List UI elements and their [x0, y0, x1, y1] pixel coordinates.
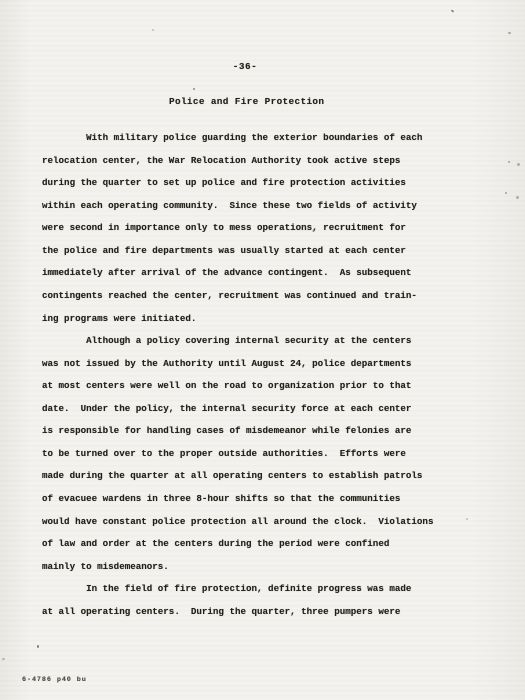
scan-speck — [516, 196, 519, 199]
page-number: -36- — [0, 61, 490, 72]
scan-speck — [451, 9, 455, 12]
text-line: at most centers were well on the road to… — [42, 375, 502, 398]
text-line: the police and fire departments was usua… — [42, 240, 502, 263]
text-line: were second in importance only to mess o… — [42, 217, 502, 240]
text-line: of evacuee wardens in three 8-hour shift… — [42, 488, 502, 511]
text-line: contingents reached the center, recruitm… — [42, 285, 502, 308]
text-line: In the field of fire protection, definit… — [42, 578, 502, 601]
text-line: mainly to misdemeanors. — [42, 556, 502, 579]
text-line: is responsible for handling cases of mis… — [42, 420, 502, 443]
scan-speck — [152, 29, 154, 31]
scan-speck — [505, 192, 507, 194]
footer-code: 6-4786 p40 bu — [22, 676, 87, 684]
scan-speck — [517, 163, 520, 166]
text-line: to be turned over to the proper outside … — [42, 443, 502, 466]
body-text: With military police guarding the exteri… — [42, 127, 502, 623]
text-line: relocation center, the War Relocation Au… — [42, 150, 502, 173]
text-line: would have constant police protection al… — [42, 511, 502, 534]
scan-speck — [508, 161, 510, 163]
text-line: date. Under the policy, the internal sec… — [42, 398, 502, 421]
section-heading: Police and Fire Protection — [169, 96, 324, 107]
scan-speck — [37, 645, 39, 648]
text-line: during the quarter to set up police and … — [42, 172, 502, 195]
scan-speck — [466, 518, 468, 520]
scan-speck — [508, 32, 511, 34]
text-line: at all operating centers. During the qua… — [42, 601, 502, 624]
text-line: ing programs were initiated. — [42, 308, 502, 331]
text-line: made during the quarter at all operating… — [42, 465, 502, 488]
scan-speck — [2, 658, 5, 660]
text-line: With military police guarding the exteri… — [42, 127, 502, 150]
text-line: was not issued by the Authority until Au… — [42, 353, 502, 376]
scan-speck — [193, 88, 195, 90]
scan-speck — [312, 230, 314, 232]
text-line: immediately after arrival of the advance… — [42, 262, 502, 285]
text-line: of law and order at the centers during t… — [42, 533, 502, 556]
text-line: within each operating community. Since t… — [42, 195, 502, 218]
document-page: -36- Police and Fire Protection With mil… — [0, 0, 525, 700]
text-line: Although a policy covering internal secu… — [42, 330, 502, 353]
